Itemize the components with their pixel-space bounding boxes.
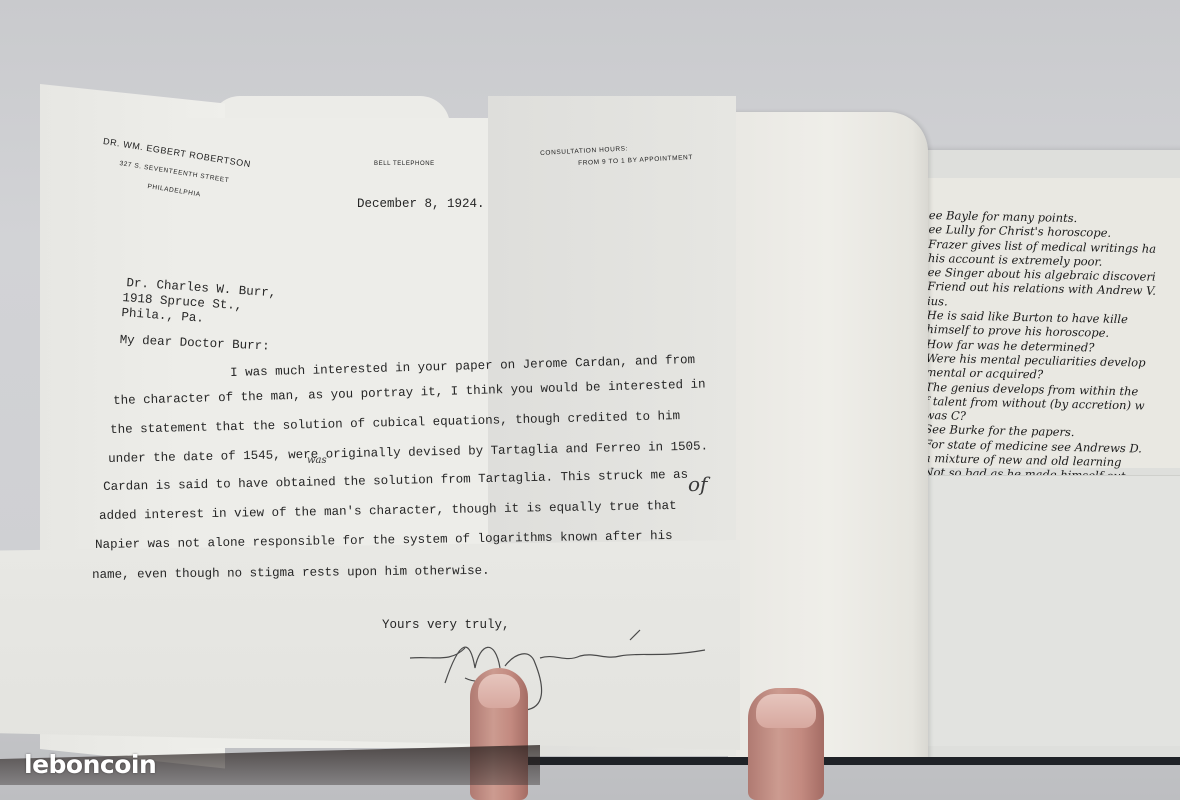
- body-line: the character of the man, as you portray…: [113, 377, 706, 408]
- body-line: under the date of 1545, were originally …: [108, 439, 708, 466]
- handwritten-correction-of: of: [688, 472, 707, 496]
- body-line: added interest in view of the man's char…: [99, 499, 677, 523]
- fingernail: [478, 674, 520, 708]
- signature-icon: [405, 628, 715, 718]
- body-line: Napier was not alone responsible for the…: [95, 529, 673, 552]
- letter-sheet: DR. WM. EGBERT ROBERTSON 327 S. SEVENTEE…: [0, 0, 1180, 800]
- letterhead-city: PHILADELPHIA: [147, 183, 201, 198]
- watermark-logo: leboncoin: [24, 750, 156, 779]
- body-line: Cardan is said to have obtained the solu…: [103, 468, 688, 494]
- letterhead-hours-value: FROM 9 TO 1 BY APPOINTMENT: [578, 154, 693, 167]
- salutation: My dear Doctor Burr:: [119, 333, 269, 354]
- letterhead-hours-label: CONSULTATION HOURS:: [540, 145, 628, 157]
- body-line: name, even though no stigma rests upon h…: [92, 564, 490, 582]
- letter-date: December 8, 1924.: [357, 197, 485, 211]
- letter-text: DR. WM. EGBERT ROBERTSON 327 S. SEVENTEE…: [0, 0, 1180, 800]
- letterhead-address: 327 S. SEVENTEENTH STREET: [119, 160, 230, 184]
- fingernail: [756, 694, 816, 728]
- letterhead-telephone: BELL TELEPHONE: [374, 161, 435, 167]
- body-line: the statement that the solution of cubic…: [110, 409, 680, 437]
- finger-right: [748, 688, 824, 800]
- photo-scene: 196 ee Bayle for many points. ee Lully f…: [0, 0, 1180, 800]
- body-line: I was much interested in your paper on J…: [230, 353, 695, 380]
- handwritten-correction-was: was: [307, 455, 327, 466]
